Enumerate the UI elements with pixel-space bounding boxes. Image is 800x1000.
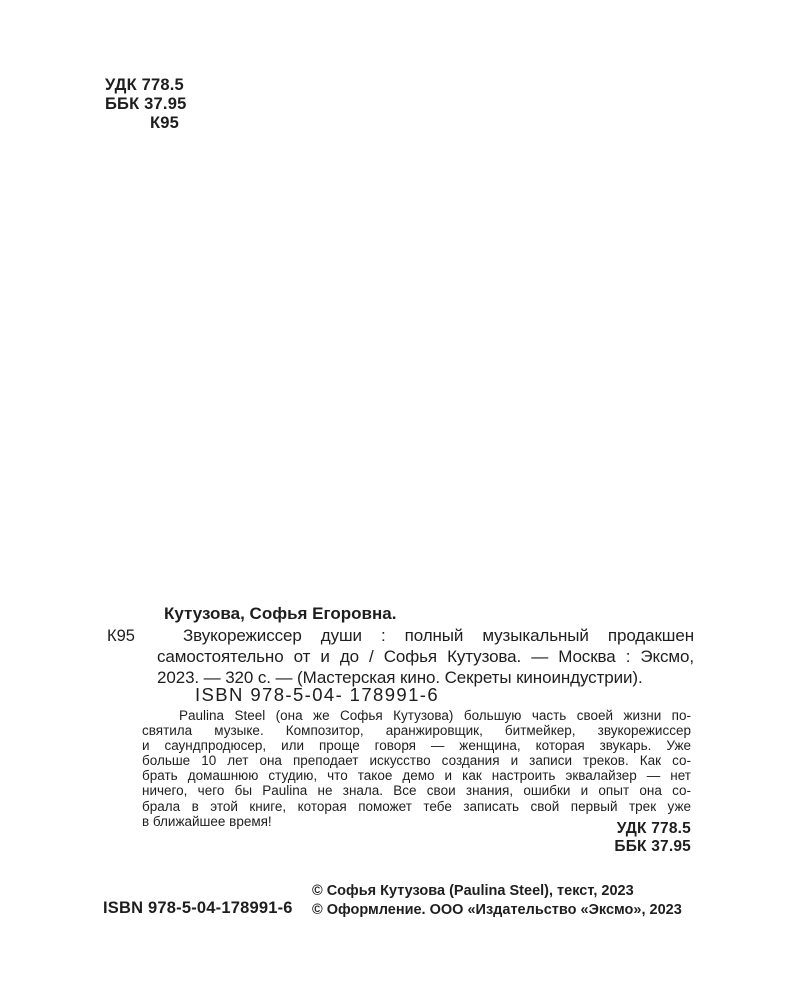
author-sign-code: К95 bbox=[150, 114, 186, 133]
annotation-line: в ближайшее время! bbox=[142, 814, 691, 829]
annotation-line: больше 10 лет она преподает искусство со… bbox=[142, 753, 691, 768]
udk-code: УДК 778.5 bbox=[105, 76, 186, 95]
top-catalog-codes: УДК 778.5 ББК 37.95 К95 bbox=[105, 76, 186, 133]
udk-code-bottom: УДК 778.5 bbox=[614, 820, 691, 838]
copyright-text-line: © Софья Кутузова (Paulina Steel), текст,… bbox=[312, 882, 682, 901]
card-description-line: самостоятельно от и до / Софья Кутузова.… bbox=[157, 646, 694, 667]
card-author-heading: Кутузова, Софья Егоровна. bbox=[164, 604, 396, 624]
annotation-line: Paulina Steel (она же Софья Кутузова) бо… bbox=[142, 708, 691, 723]
annotation-line: брать домашнюю студию, что такое демо и … bbox=[142, 768, 691, 783]
annotation-paragraph: Paulina Steel (она же Софья Кутузова) бо… bbox=[142, 708, 691, 829]
annotation-line: ничего, чего бы Paulina не знала. Все св… bbox=[142, 783, 691, 798]
footer-copyright-block: © Софья Кутузова (Paulina Steel), текст,… bbox=[312, 882, 682, 919]
card-margin-code: К95 bbox=[107, 627, 135, 646]
imprint-page: УДК 778.5 ББК 37.95 К95 К95 Кутузова, Со… bbox=[0, 0, 800, 1000]
copyright-design-line: © Оформление. ООО «Издательство «Эксмо»,… bbox=[312, 901, 682, 920]
annotation-line: брала в этой книге, которая поможет тебе… bbox=[142, 799, 691, 814]
annotation-line: святила музыке. Композитор, аранжировщик… bbox=[142, 723, 691, 738]
bottom-catalog-codes: УДК 778.5 ББК 37.95 bbox=[614, 820, 691, 855]
bbk-code-bottom: ББК 37.95 bbox=[614, 838, 691, 856]
footer-isbn: ISBN 978-5-04-178991-6 bbox=[103, 899, 293, 918]
card-description-line: Звукорежиссер души : полный музыкальный … bbox=[157, 625, 694, 646]
annotation-line: и саундпродюсер, или проще говоря — женщ… bbox=[142, 738, 691, 753]
card-isbn: ISBN 978-5-04- 178991-6 bbox=[195, 684, 439, 706]
bbk-code: ББК 37.95 bbox=[105, 95, 186, 114]
card-description: Звукорежиссер души : полный музыкальный … bbox=[157, 625, 694, 688]
